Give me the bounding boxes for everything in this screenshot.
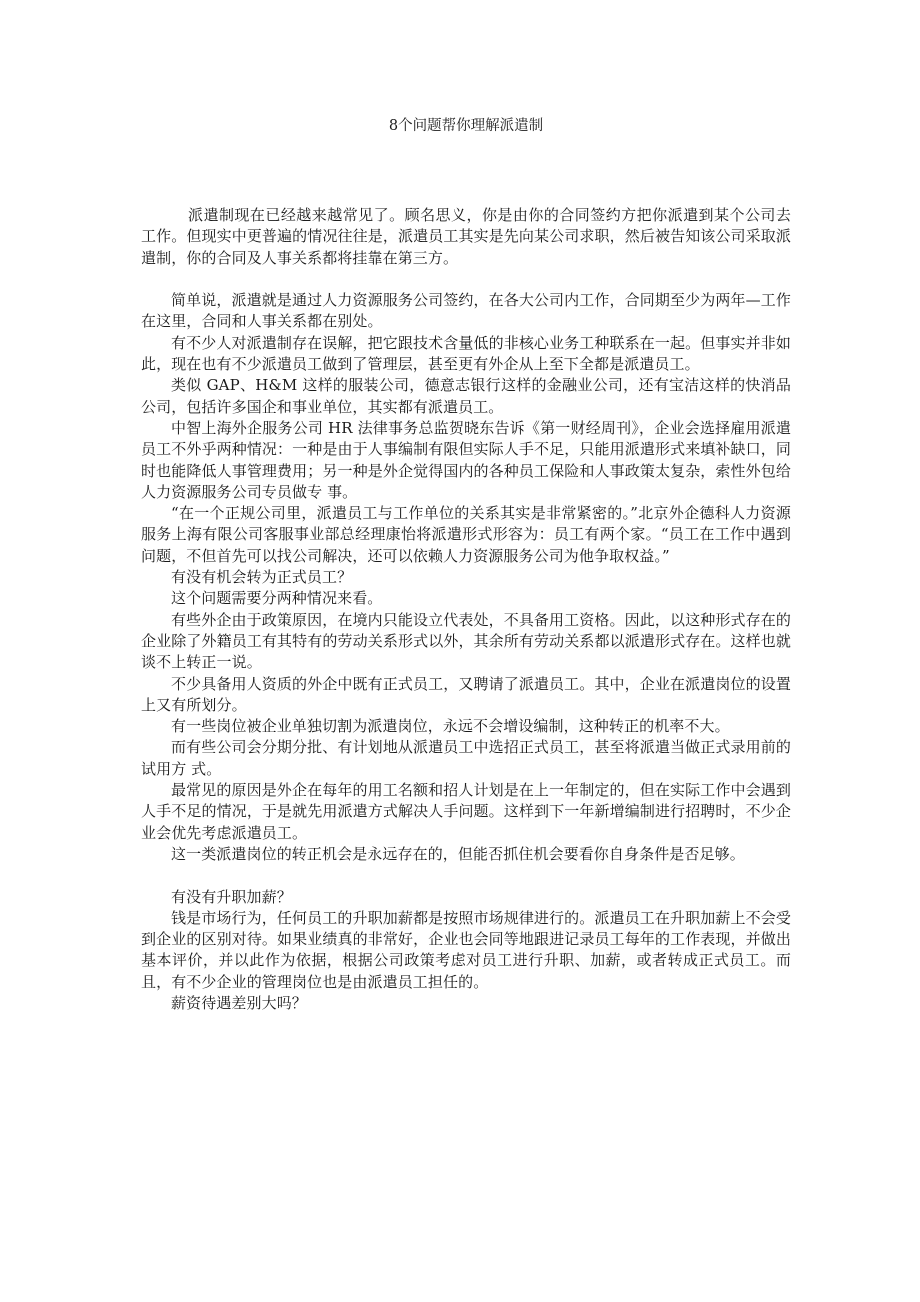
paragraph: 中智上海外企服务公司 HR 法律事务总监贺晓东告诉《第一财经周刊》，企业会选择雇…	[141, 418, 791, 503]
paragraph: 有些外企由于政策原因，在境内只能设立代表处，不具备用工资格。因此，以这种形式存在…	[141, 610, 791, 674]
section-heading-conversion: 有没有机会转为正式员工？	[141, 567, 791, 588]
paragraph: 这一类派遣岗位的转正机会是永远存在的，但能否抓住机会要看你自身条件是否足够。	[141, 844, 791, 865]
paragraph: 最常见的原因是外企在每年的用工名额和招人计划是在上一年制定的，但在实际工作中会遇…	[141, 780, 791, 844]
paragraph: 而有些公司会分期分批、有计划地从派遣员工中选招正式员工，甚至将派遣当做正式录用前…	[141, 737, 791, 780]
document-body: 派遣制现在已经越来越常见了。顾名思义，你是由你的合同签约方把你派遣到某个公司去工…	[141, 205, 791, 1014]
paragraph: 有一些岗位被企业单独切割为派遣岗位，永远不会增设编制，这种转正的机率不大。	[141, 716, 791, 737]
paragraph: 不少具备用人资质的外企中既有正式员工，又聘请了派遣员工。其中，企业在派遣岗位的设…	[141, 674, 791, 717]
paragraph: 类似 GAP、H&M 这样的服装公司，德意志银行这样的金融业公司，还有宝洁这样的…	[141, 375, 791, 418]
paragraph: 钱是市场行为，任何员工的升职加薪都是按照市场规律进行的。派遣员工在升职加薪上不会…	[141, 908, 791, 993]
paragraph: 简单说，派遣就是通过人力资源服务公司签约，在各大公司内工作，合同期至少为两年—工…	[141, 290, 791, 333]
section-heading-promotion: 有没有升职加薪？	[141, 887, 791, 908]
paragraph-intro: 派遣制现在已经越来越常见了。顾名思义，你是由你的合同签约方把你派遣到某个公司去工…	[141, 205, 791, 269]
paragraph: 这个问题需要分两种情况来看。	[141, 588, 791, 609]
blank-line	[141, 269, 791, 290]
blank-line	[141, 865, 791, 886]
paragraph: 有不少人对派遣制存在误解，把它跟技术含量低的非核心业务工种联系在一起。但事实并非…	[141, 333, 791, 376]
section-heading-salary: 薪资待遇差别大吗？	[141, 993, 791, 1014]
paragraph: “在一个正规公司里，派遣员工与工作单位的关系其实是非常紧密的。”北京外企德科人力…	[141, 503, 791, 567]
document-title: 8个问题帮你理解派遣制	[141, 116, 791, 136]
